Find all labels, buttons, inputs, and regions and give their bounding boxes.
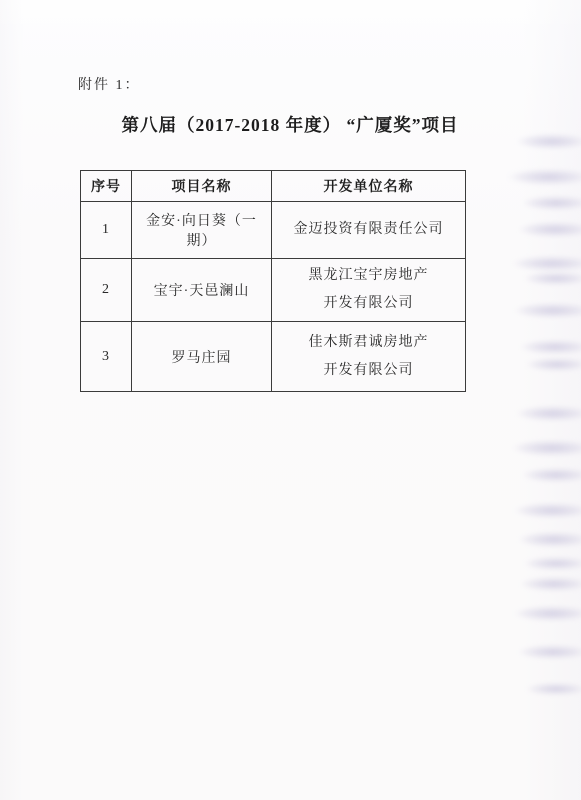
table-row: 1 金安·向日葵（一期） 金迈投资有限责任公司 (81, 202, 466, 259)
scan-streak (512, 440, 581, 456)
scan-streak (518, 645, 581, 659)
cell-no: 3 (81, 322, 132, 392)
cell-developer: 金迈投资有限责任公司 (272, 202, 466, 259)
developer-line: 佳木斯君诚房地产 (276, 329, 461, 357)
scan-streak (514, 606, 581, 621)
scan-streak (518, 532, 581, 547)
projects-table: 序号 项目名称 开发单位名称 1 金安·向日葵（一期） 金迈投资有限责任公司 2… (80, 170, 466, 392)
scan-streak (516, 406, 581, 421)
scan-streak (522, 196, 581, 210)
scan-streak (518, 222, 581, 237)
developer-line: 开发有限公司 (276, 290, 461, 318)
cell-project: 宝宇·天邑澜山 (132, 259, 272, 322)
developer-line: 开发有限公司 (276, 357, 461, 385)
scan-streak (514, 303, 581, 318)
scan-streak (524, 557, 581, 570)
cell-no: 2 (81, 259, 132, 322)
scan-streak (526, 683, 581, 695)
cell-developer: 佳木斯君诚房地产 开发有限公司 (272, 322, 466, 392)
document-title: 第八届（2017-2018 年度） “广厦奖”项目 (60, 112, 520, 137)
cell-project: 罗马庄园 (132, 322, 272, 392)
attachment-label: 附件 1： (78, 74, 141, 94)
table-row: 3 罗马庄园 佳木斯君诚房地产 开发有限公司 (81, 322, 466, 392)
header-cell-developer: 开发单位名称 (272, 171, 466, 202)
scan-streak (524, 272, 581, 285)
developer-line: 金迈投资有限责任公司 (276, 216, 461, 244)
table-header-row: 序号 项目名称 开发单位名称 (81, 171, 466, 202)
scan-streak (512, 256, 581, 271)
scan-streak (522, 468, 581, 482)
scan-streak (508, 169, 581, 185)
developer-line: 黑龙江宝宇房地产 (276, 262, 461, 290)
scan-streak (514, 503, 581, 518)
scan-streak (520, 577, 581, 591)
header-cell-project: 项目名称 (132, 171, 272, 202)
cell-developer: 黑龙江宝宇房地产 开发有限公司 (272, 259, 466, 322)
cell-no: 1 (81, 202, 132, 259)
header-cell-no: 序号 (81, 171, 132, 202)
scanned-document-page: 附件 1： 第八届（2017-2018 年度） “广厦奖”项目 序号 项目名称 … (0, 0, 581, 800)
cell-project: 金安·向日葵（一期） (132, 202, 272, 259)
scan-streak (516, 134, 581, 149)
table-row: 2 宝宇·天邑澜山 黑龙江宝宇房地产 开发有限公司 (81, 259, 466, 322)
scan-streak (526, 358, 581, 371)
scan-streak (520, 340, 581, 354)
